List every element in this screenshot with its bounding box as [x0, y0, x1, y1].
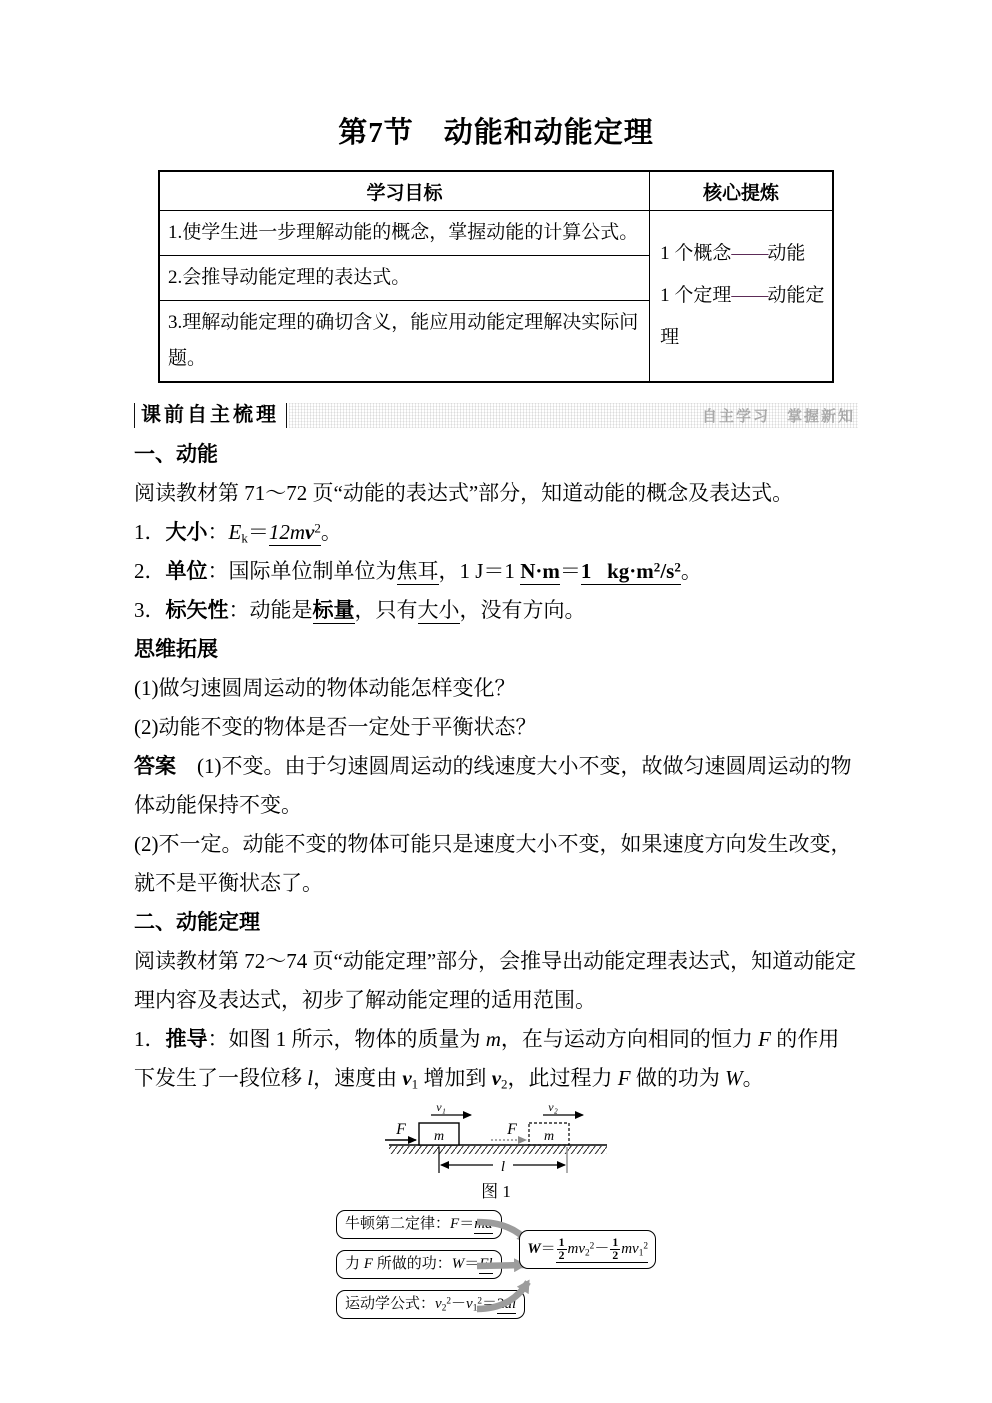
derivation-flowchart: 牛顿第二定律：F＝ma 力 F 所做的功：W＝Fl 运动学公式：v22－v12＝… [336, 1210, 656, 1322]
objective-3: 3.理解动能定理的确切含义，能应用动能定理解决实际问题。 [159, 301, 650, 383]
item-unit: 2．单位：国际单位制单位为焦耳，1 J＝1 N·m＝1 kg·m2/s2。 [134, 552, 858, 591]
velocity-1-label: v₁ [436, 1101, 446, 1114]
objectives-table: 学习目标 核心提炼 1.使学生进一步理解动能的概念，掌握动能的计算公式。 1 个… [158, 170, 834, 383]
question-1: (1)做匀速圆周运动的物体动能怎样变化？ [134, 669, 858, 708]
displacement-label: l [501, 1159, 505, 1175]
mass-label-right: m [544, 1129, 554, 1144]
item-derivation: 1．推导：如图 1 所示，物体的质量为 m，在与运动方向相同的恒力 F 的作用下… [134, 1020, 858, 1098]
heading-work-energy-theorem: 二、动能定理 [134, 903, 858, 942]
header-learning-goals: 学习目标 [159, 171, 650, 211]
heading-kinetic-energy: 一、动能 [134, 435, 858, 474]
answer-1: 答案 (1)不变。由于匀速圆周运动的线速度大小不变，故做匀速圆周运动的物体动能保… [134, 747, 858, 825]
figure-blocks-diagram: m F v₁ m F v₂ l [371, 1101, 621, 1177]
table-header-row: 学习目标 核心提炼 [159, 171, 833, 211]
force-label-right: F [506, 1121, 517, 1138]
core-cell: 1 个概念——动能 1 个定理——动能定理 [650, 211, 833, 383]
core-line-1: 1 个概念——动能 [660, 233, 828, 275]
section-band-texture: 自主学习 掌握新知 [289, 403, 858, 428]
body-text: 一、动能 阅读教材第 71～72 页“动能的表达式”部分，知道动能的概念及表达式… [134, 435, 858, 1098]
page-title: 第7节 动能和动能定理 [134, 112, 858, 154]
force-label-left: F [395, 1121, 406, 1138]
header-core-points: 核心提炼 [650, 171, 833, 211]
flow-result-box: W＝12mv22－12mv12 [519, 1230, 656, 1269]
figure-block: m F v₁ m F v₂ l [134, 1101, 858, 1322]
arrow-middle [477, 1265, 524, 1266]
question-2: (2)动能不变的物体是否一定处于平衡状态？ [134, 708, 858, 747]
section-band-subtitle: 自主学习 掌握新知 [702, 405, 858, 426]
worksheet-page: 第7节 动能和动能定理 学习目标 核心提炼 1.使学生进一步理解动能的概念，掌握… [0, 0, 992, 1403]
table-row: 1.使学生进一步理解动能的概念，掌握动能的计算公式。 1 个概念——动能 1 个… [159, 211, 833, 256]
mass-label-left: m [434, 1129, 444, 1144]
objective-2: 2.会推导动能定理的表达式。 [159, 256, 650, 301]
paragraph-read-1: 阅读教材第 71～72 页“动能的表达式”部分，知道动能的概念及表达式。 [134, 474, 858, 513]
content-column: 第7节 动能和动能定理 学习目标 核心提炼 1.使学生进一步理解动能的概念，掌握… [134, 0, 858, 1322]
section-band-title: 课前自主梳理 [134, 403, 287, 428]
paragraph-read-2: 阅读教材第 72～74 页“动能定理”部分，会推导出动能定理表达式，知道动能定理… [134, 942, 858, 1020]
item-scalar-vector: 3．标矢性：动能是标量，只有大小，没有方向。 [134, 591, 858, 630]
ground-hatching [389, 1146, 607, 1154]
item-magnitude: 1．大小：Ek＝12mv2。 [134, 513, 858, 552]
section-band: 课前自主梳理 自主学习 掌握新知 [134, 403, 858, 428]
core-line-2: 1 个定理——动能定理 [660, 275, 828, 359]
velocity-2-label: v₂ [548, 1101, 558, 1114]
objective-1: 1.使学生进一步理解动能的概念，掌握动能的计算公式。 [159, 211, 650, 256]
figure-caption: 图 1 [134, 1182, 858, 1202]
arrow-bottom [477, 1282, 528, 1309]
heading-thinking-expansion: 思维拓展 [134, 630, 858, 669]
answer-2: (2)不一定。动能不变的物体可能只是速度大小不变，如果速度方向发生改变，就不是平… [134, 825, 858, 903]
